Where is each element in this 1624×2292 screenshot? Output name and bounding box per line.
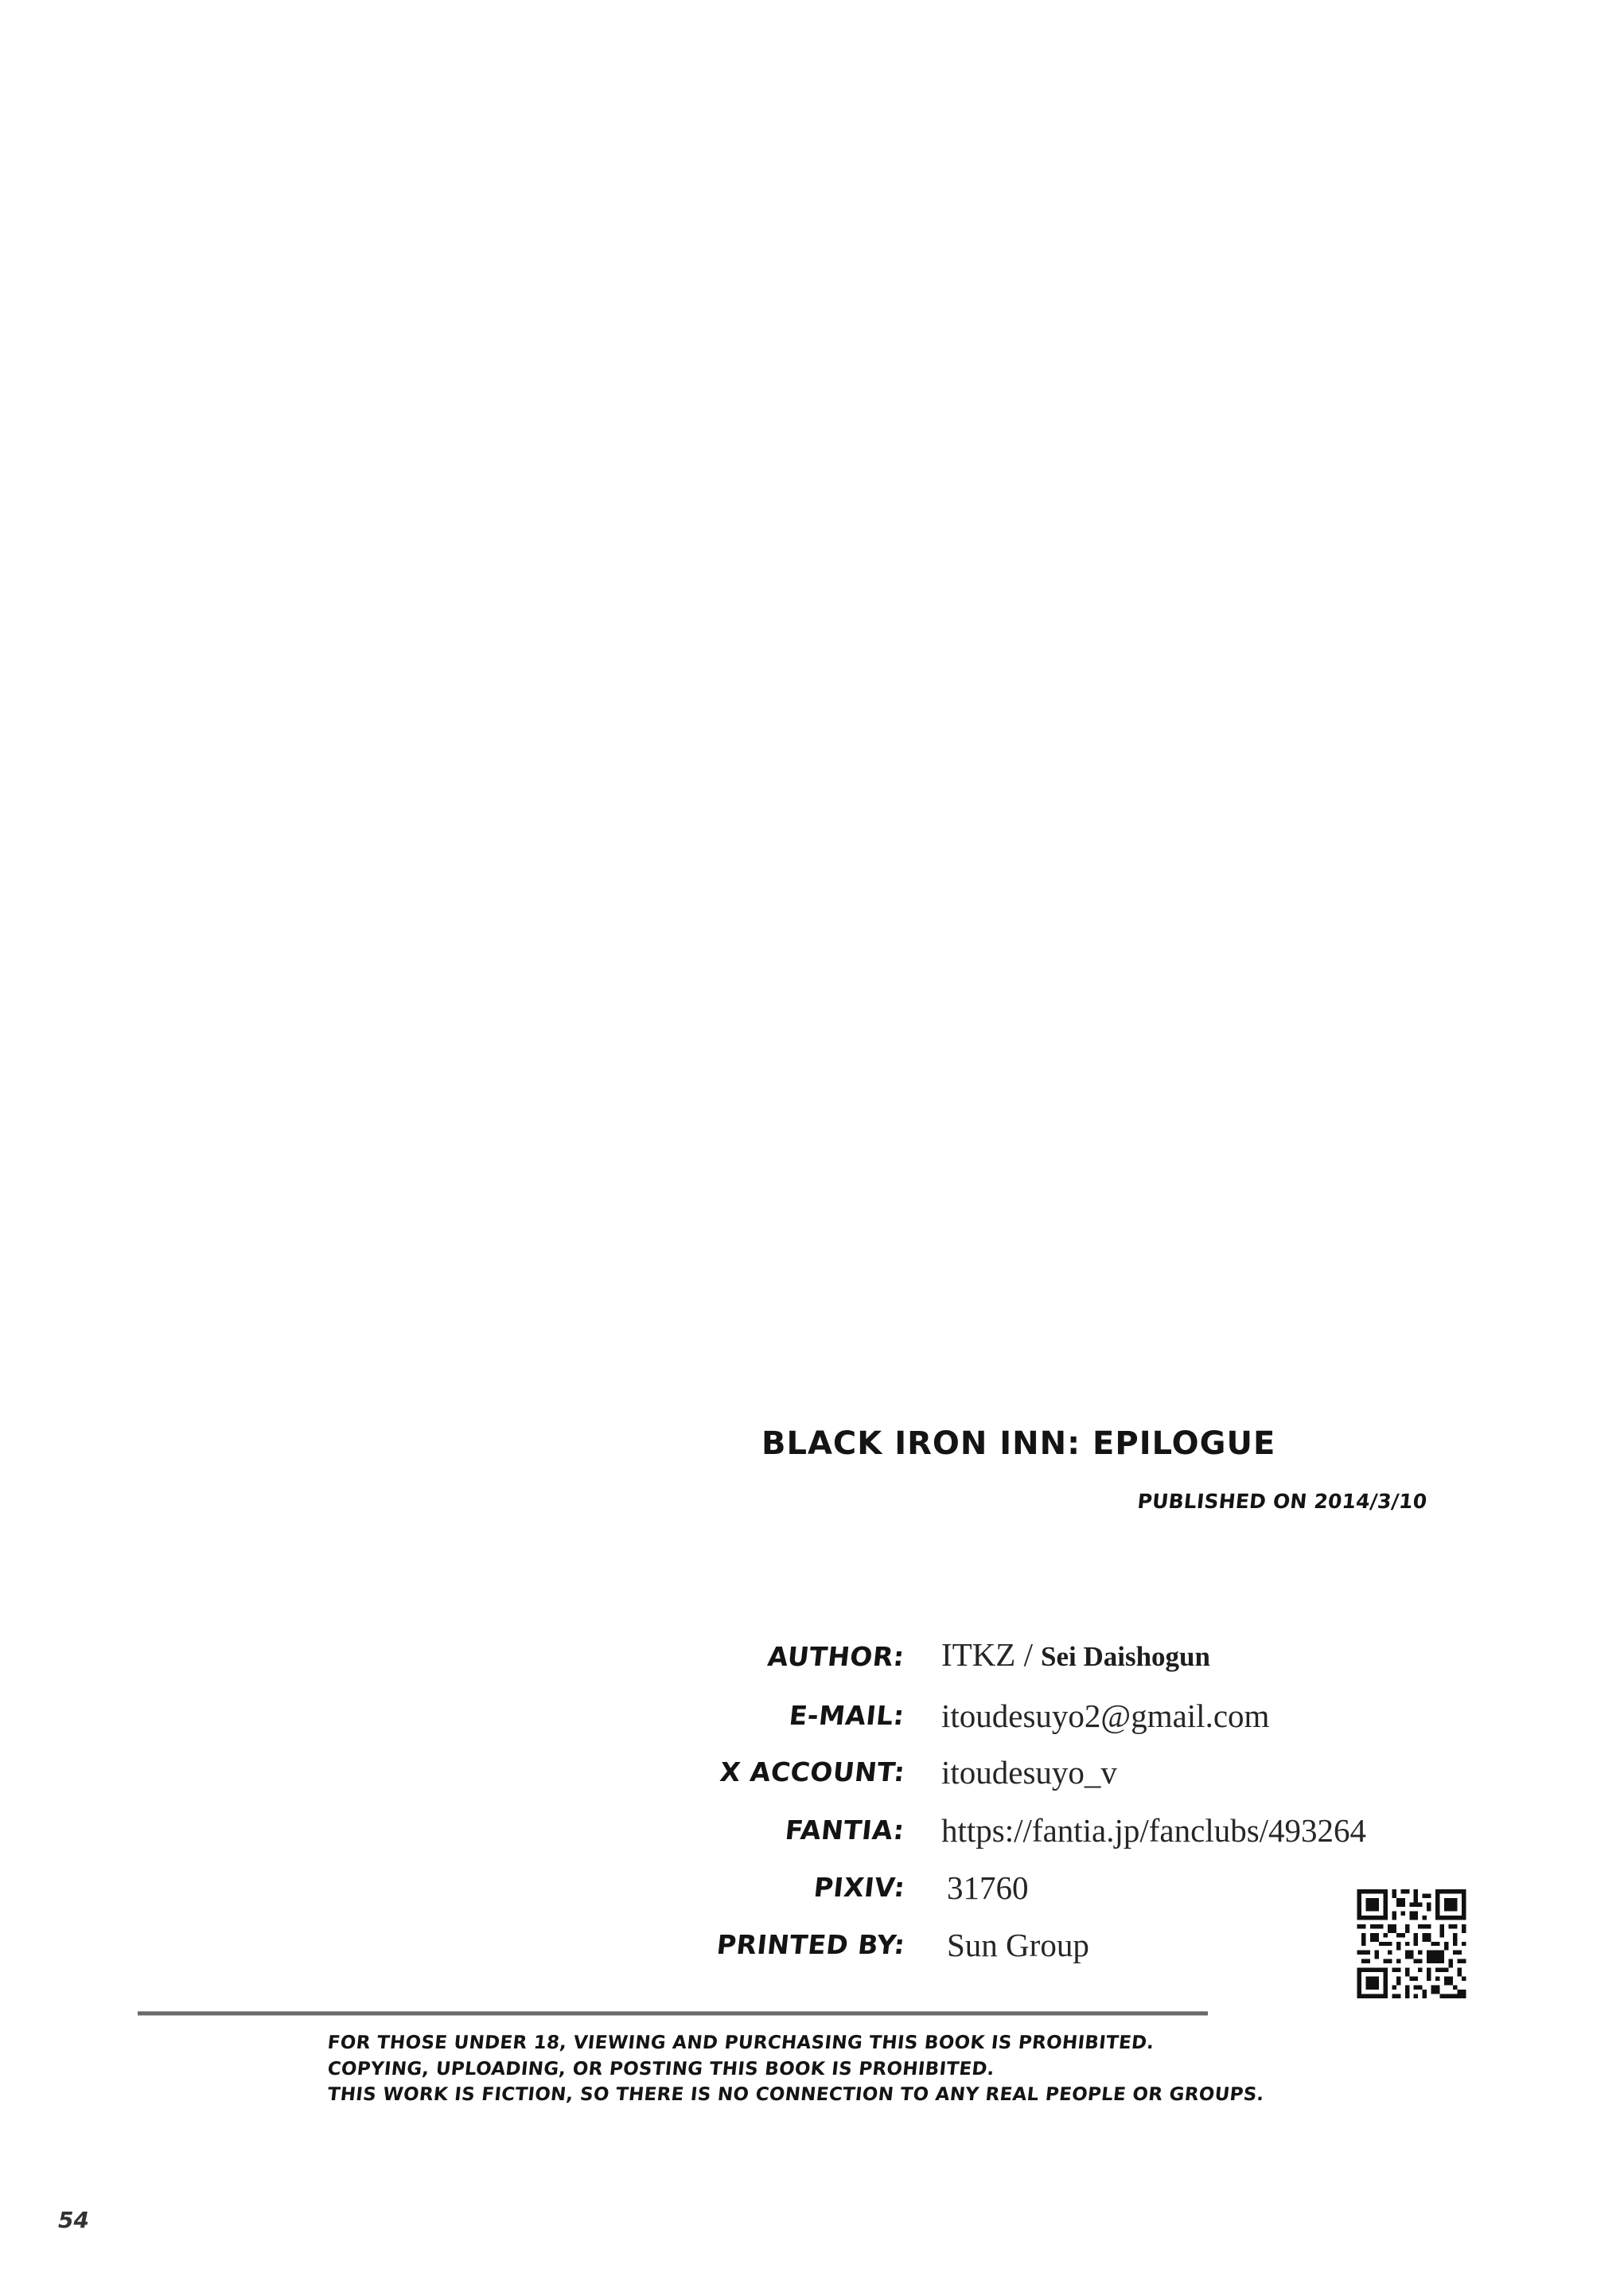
credit-row-email: E-MAIL: itoudesuyo2@gmail.com: [0, 1700, 1353, 1735]
pixiv-value: 31760: [947, 1870, 1029, 1905]
x-account-label: X ACCOUNT:: [719, 1758, 906, 1787]
credit-row-fantia: FANTIA: https://fantia.jp/fanclubs/49326…: [0, 1814, 1353, 1850]
printed-by-value: Sun Group: [947, 1928, 1089, 1963]
publish-date: PUBLISHED ON 2014/3/10: [1136, 1490, 1428, 1514]
author-circle: Sei Daishogun: [1041, 1641, 1210, 1672]
x-account-value: itoudesuyo_v: [941, 1755, 1117, 1790]
printed-by-label: PRINTED BY:: [715, 1931, 906, 1959]
fantia-value: https://fantia.jp/fanclubs/493264: [941, 1813, 1366, 1848]
notice-line: THIS WORK IS FICTION, SO THERE IS NO CON…: [326, 2082, 1265, 2108]
book-title: BLACK IRON INN: EPILOGUE: [761, 1425, 1275, 1463]
pixiv-label: PIXIV:: [812, 1873, 906, 1902]
legal-notice: FOR THOSE UNDER 18, VIEWING AND PURCHASI…: [326, 2030, 1263, 2108]
author-name: ITKZ /: [941, 1636, 1033, 1673]
credit-row-author: AUTHOR: ITKZ /Sei Daishogun: [0, 1641, 1353, 1676]
qr-code-icon: [1355, 1889, 1468, 1998]
divider: [138, 2011, 1208, 2016]
email-value: itoudesuyo2@gmail.com: [941, 1698, 1269, 1733]
email-label: E-MAIL:: [788, 1701, 905, 1730]
credit-row-printed-by: PRINTED BY: Sun Group: [0, 1929, 1353, 1964]
credit-row-pixiv: PIXIV: 31760: [0, 1872, 1353, 1907]
credit-row-x-account: X ACCOUNT: itoudesuyo_v: [0, 1756, 1353, 1791]
notice-line: COPYING, UPLOADING, OR POSTING THIS BOOK…: [326, 2056, 1265, 2083]
page-number: 54: [58, 2208, 89, 2233]
notice-line: FOR THOSE UNDER 18, VIEWING AND PURCHASI…: [326, 2030, 1265, 2056]
author-label: AUTHOR:: [766, 1643, 905, 1671]
fantia-label: FANTIA:: [784, 1816, 905, 1845]
author-value: ITKZ /Sei Daishogun: [941, 1637, 1210, 1674]
